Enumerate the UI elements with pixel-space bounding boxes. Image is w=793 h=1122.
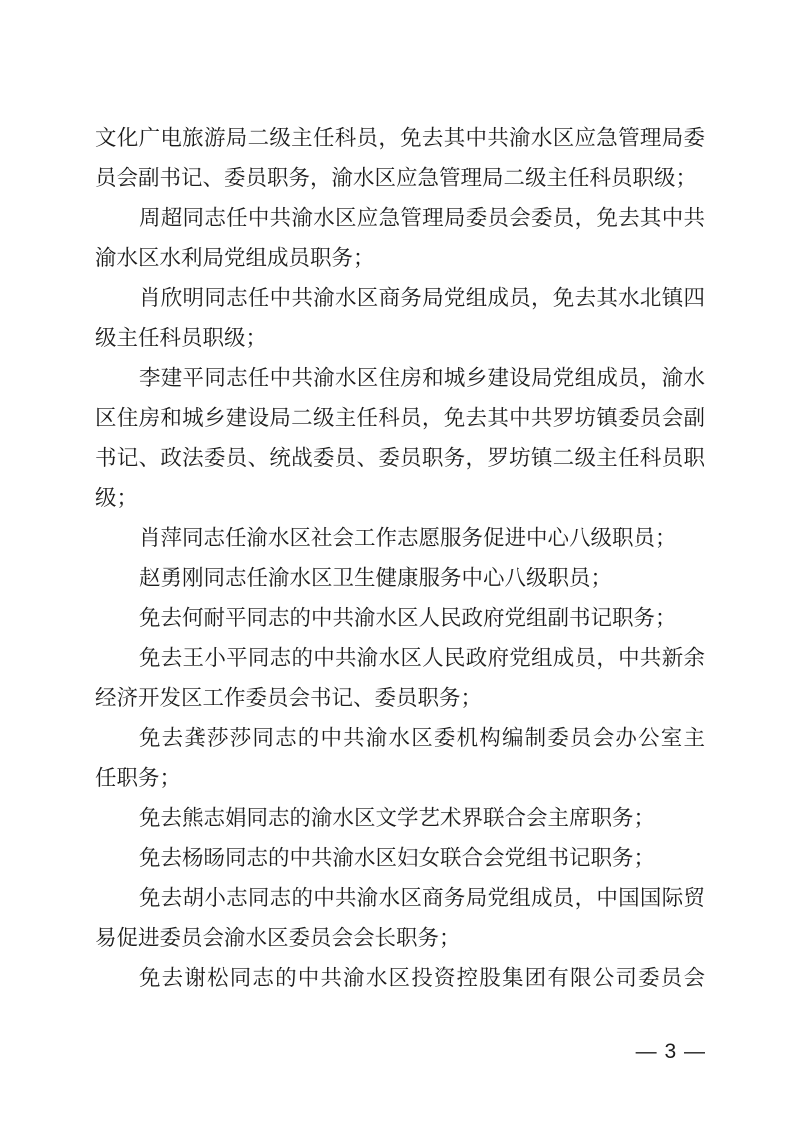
document-line: 周超同志任中共渝水区应急管理局委员会委员，免去其中共 <box>95 198 705 238</box>
document-line: 易促进委员会渝水区委员会会长职务； <box>95 918 705 958</box>
document-page: 文化广电旅游局二级主任科员，免去其中共渝水区应急管理局委员会副书记、委员职务，渝… <box>0 0 793 1122</box>
page-number: — 3 — <box>0 1040 706 1064</box>
document-line: 级； <box>95 478 705 518</box>
document-line: 免去胡小志同志的中共渝水区商务局党组成员，中国国际贸 <box>95 878 705 918</box>
document-line: 肖欣明同志任中共渝水区商务局党组成员，免去其水北镇四 <box>95 278 705 318</box>
document-line: 书记、政法委员、统战委员、委员职务，罗坊镇二级主任科员职 <box>95 438 705 478</box>
document-line: 文化广电旅游局二级主任科员，免去其中共渝水区应急管理局委 <box>95 118 705 158</box>
document-line: 肖萍同志任渝水区社会工作志愿服务促进中心八级职员； <box>95 518 705 558</box>
document-line: 免去何耐平同志的中共渝水区人民政府党组副书记职务； <box>95 598 705 638</box>
document-line: 经济开发区工作委员会书记、委员职务； <box>95 678 705 718</box>
document-line: 免去龚莎莎同志的中共渝水区委机构编制委员会办公室主 <box>95 718 705 758</box>
document-line: 免去熊志娟同志的渝水区文学艺术界联合会主席职务； <box>95 798 705 838</box>
document-line: 免去谢松同志的中共渝水区投资控股集团有限公司委员会 <box>95 958 705 998</box>
document-line: 赵勇刚同志任渝水区卫生健康服务中心八级职员； <box>95 558 705 598</box>
document-line: 免去杨旸同志的中共渝水区妇女联合会党组书记职务； <box>95 838 705 878</box>
document-body: 文化广电旅游局二级主任科员，免去其中共渝水区应急管理局委员会副书记、委员职务，渝… <box>95 118 705 998</box>
document-line: 员会副书记、委员职务，渝水区应急管理局二级主任科员职级； <box>95 158 705 198</box>
document-line: 免去王小平同志的中共渝水区人民政府党组成员，中共新余 <box>95 638 705 678</box>
document-line: 渝水区水利局党组成员职务； <box>95 238 705 278</box>
document-line: 李建平同志任中共渝水区住房和城乡建设局党组成员，渝水 <box>95 358 705 398</box>
document-line: 区住房和城乡建设局二级主任科员，免去其中共罗坊镇委员会副 <box>95 398 705 438</box>
document-line: 级主任科员职级； <box>95 318 705 358</box>
document-line: 任职务； <box>95 758 705 798</box>
